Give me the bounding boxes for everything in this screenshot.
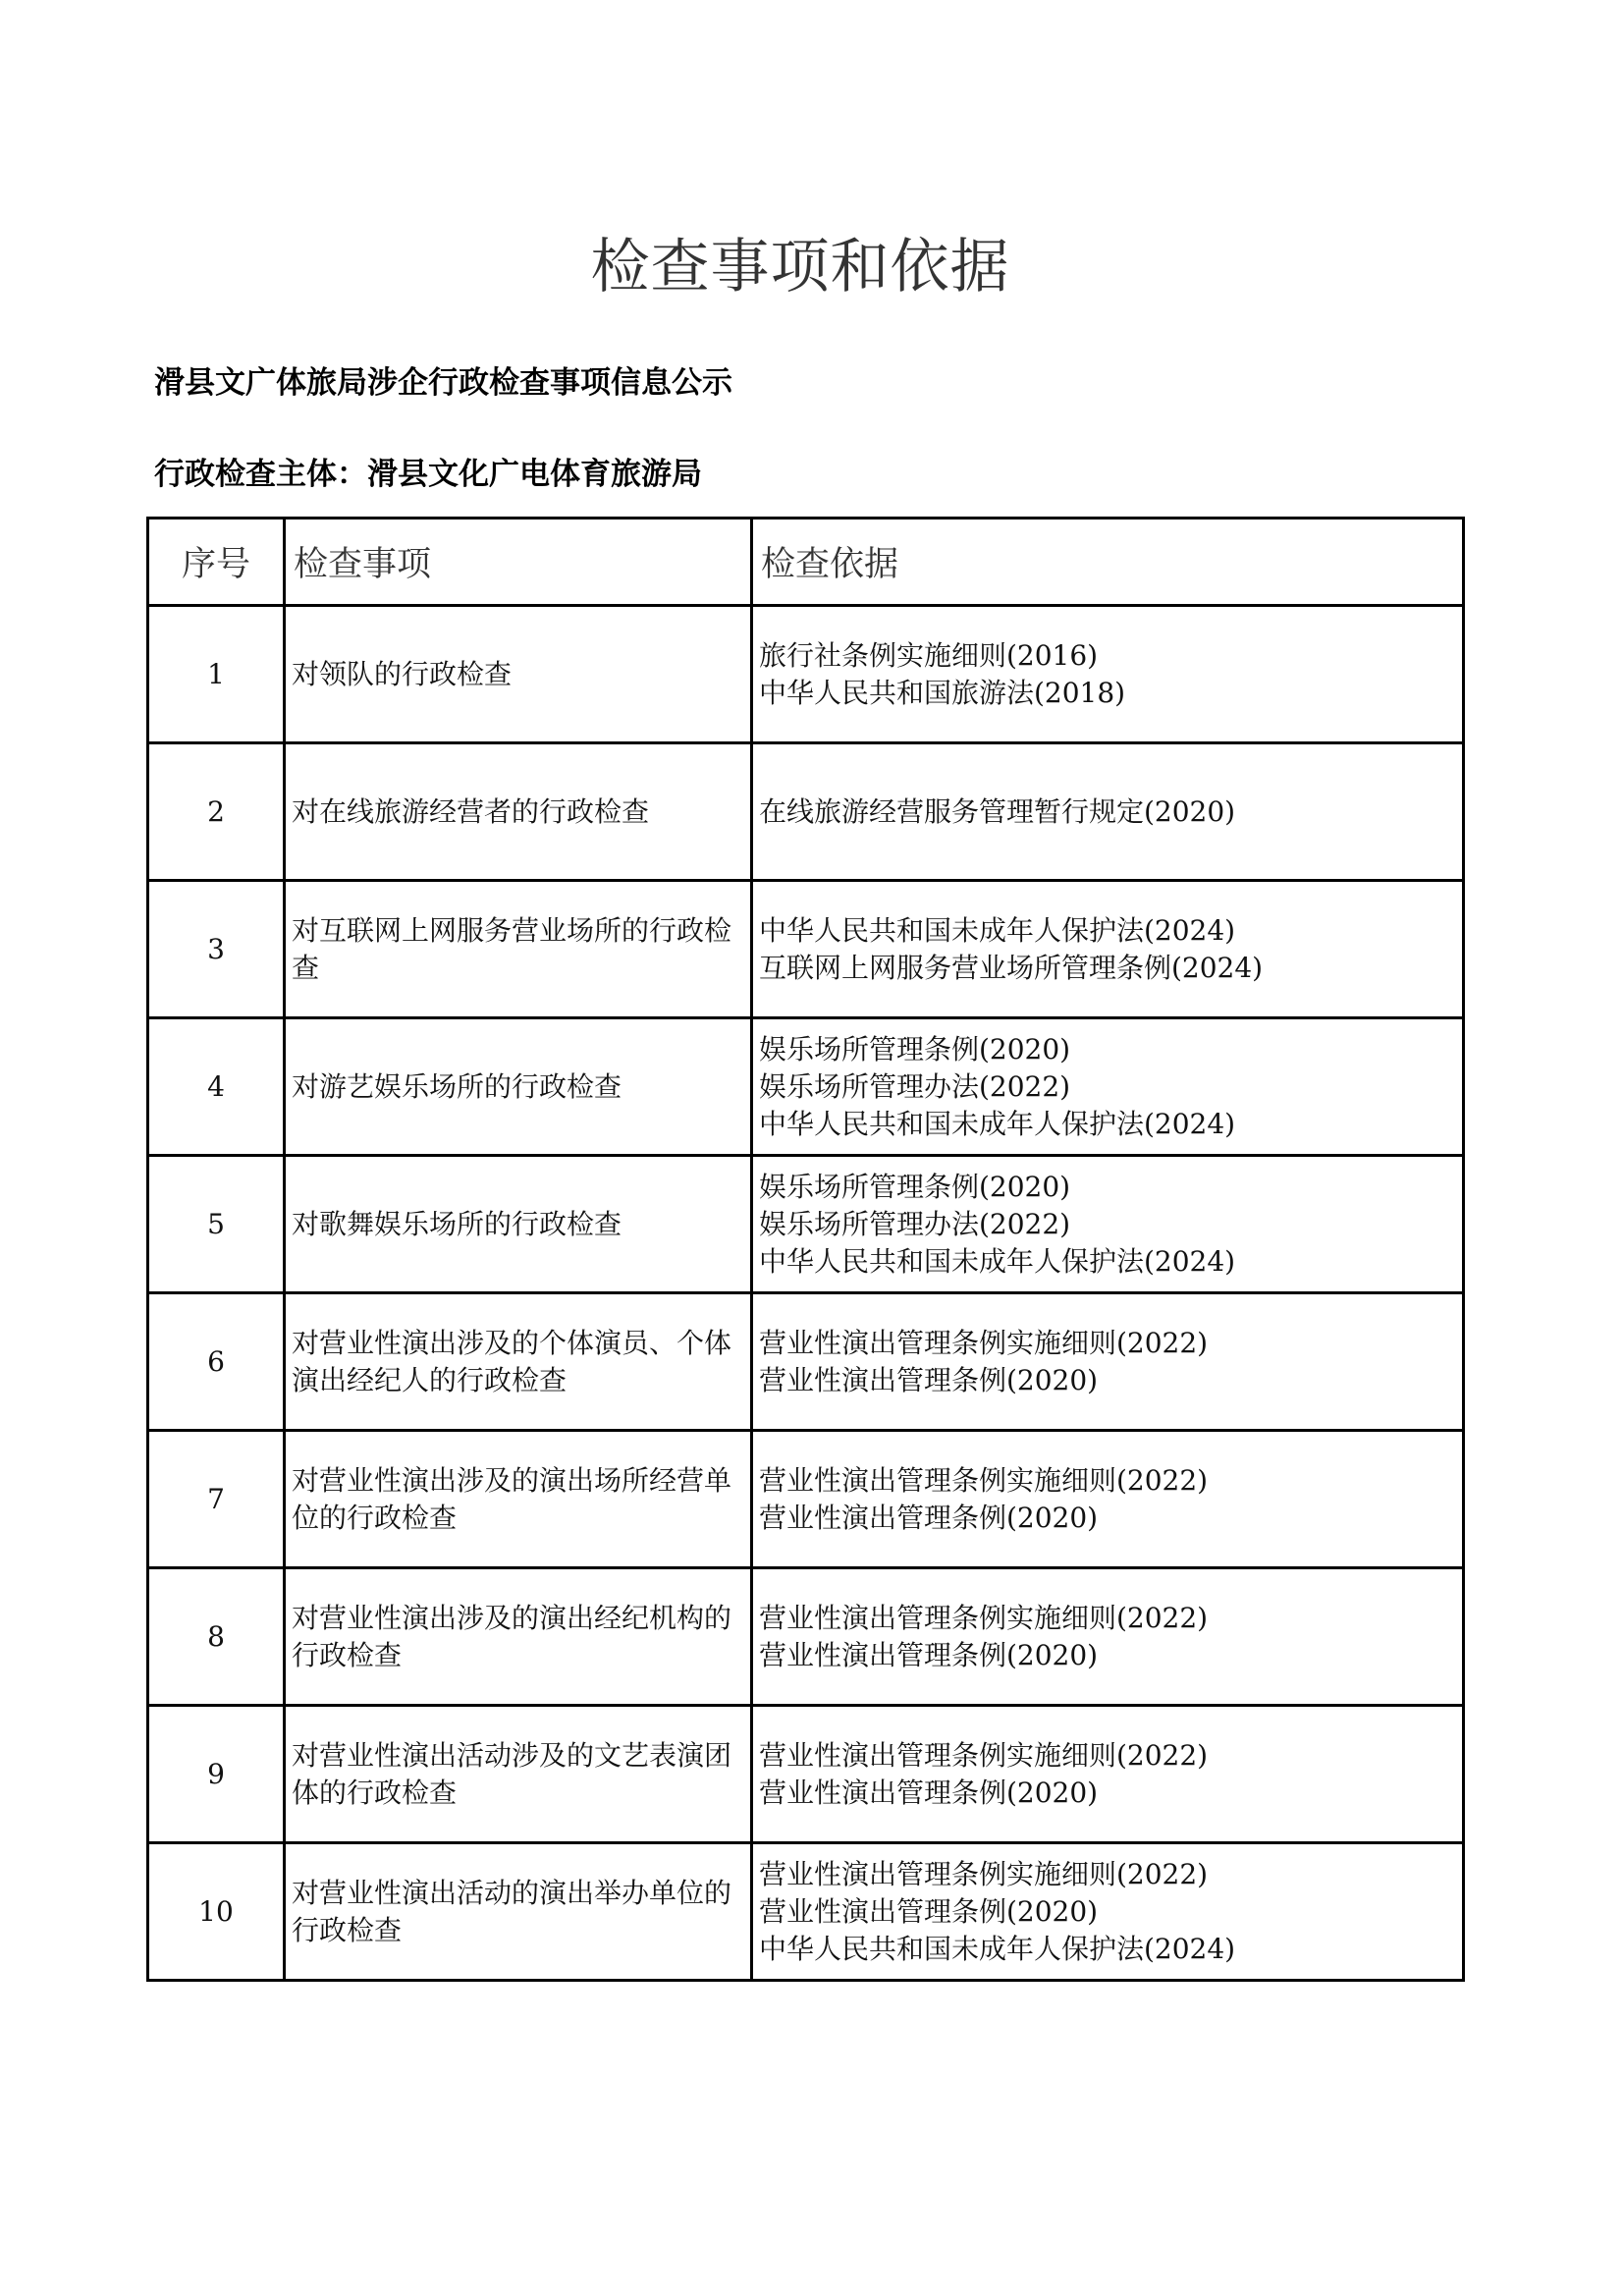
basis-line: 营业性演出管理条例实施细则(2022) xyxy=(759,1856,1462,1893)
basis-line: 营业性演出管理条例(2020) xyxy=(759,1893,1462,1931)
row-item: 对营业性演出涉及的个体演员、个体演出经纪人的行政检查 xyxy=(285,1293,752,1431)
basis-line: 旅行社条例实施细则(2016) xyxy=(759,637,1462,675)
inspection-items-table: 序号 检查事项 检查依据 1 对领队的行政检查 旅行社条例实施细则(2016) … xyxy=(146,517,1465,1982)
basis-line: 娱乐场所管理办法(2022) xyxy=(759,1068,1462,1106)
row-seq: 9 xyxy=(148,1706,285,1843)
row-basis: 在线旅游经营服务管理暂行规定(2020) xyxy=(752,743,1464,881)
table-row: 4 对游艺娱乐场所的行政检查 娱乐场所管理条例(2020) 娱乐场所管理办法(2… xyxy=(148,1018,1464,1156)
basis-line: 娱乐场所管理办法(2022) xyxy=(759,1206,1462,1243)
row-item: 对营业性演出涉及的演出场所经营单位的行政检查 xyxy=(285,1431,752,1568)
notice-heading: 滑县文广体旅局涉企行政检查事项信息公示 xyxy=(154,363,732,403)
inspection-subject: 行政检查主体：滑县文化广电体育旅游局 xyxy=(154,455,702,494)
table-row: 2 对在线旅游经营者的行政检查 在线旅游经营服务管理暂行规定(2020) xyxy=(148,743,1464,881)
table-row: 3 对互联网上网服务营业场所的行政检查 中华人民共和国未成年人保护法(2024)… xyxy=(148,881,1464,1018)
row-seq: 2 xyxy=(148,743,285,881)
header-seq: 序号 xyxy=(148,519,285,606)
table-row: 9 对营业性演出活动涉及的文艺表演团体的行政检查 营业性演出管理条例实施细则(2… xyxy=(148,1706,1464,1843)
basis-line: 中华人民共和国未成年人保护法(2024) xyxy=(759,912,1462,950)
basis-line: 营业性演出管理条例(2020) xyxy=(759,1637,1462,1674)
table-row: 8 对营业性演出涉及的演出经纪机构的行政检查 营业性演出管理条例实施细则(202… xyxy=(148,1568,1464,1706)
table-row: 1 对领队的行政检查 旅行社条例实施细则(2016) 中华人民共和国旅游法(20… xyxy=(148,606,1464,743)
header-item: 检查事项 xyxy=(285,519,752,606)
basis-line: 中华人民共和国未成年人保护法(2024) xyxy=(759,1243,1462,1281)
document-title: 检查事项和依据 xyxy=(0,228,1600,306)
row-item: 对游艺娱乐场所的行政检查 xyxy=(285,1018,752,1156)
row-seq: 5 xyxy=(148,1156,285,1293)
row-seq: 7 xyxy=(148,1431,285,1568)
row-item: 对歌舞娱乐场所的行政检查 xyxy=(285,1156,752,1293)
row-seq: 4 xyxy=(148,1018,285,1156)
row-seq: 8 xyxy=(148,1568,285,1706)
basis-line: 营业性演出管理条例(2020) xyxy=(759,1500,1462,1537)
basis-line: 中华人民共和国未成年人保护法(2024) xyxy=(759,1931,1462,1968)
row-basis: 营业性演出管理条例实施细则(2022) 营业性演出管理条例(2020) xyxy=(752,1706,1464,1843)
row-seq: 3 xyxy=(148,881,285,1018)
row-basis: 中华人民共和国未成年人保护法(2024) 互联网上网服务营业场所管理条例(202… xyxy=(752,881,1464,1018)
basis-line: 营业性演出管理条例实施细则(2022) xyxy=(759,1737,1462,1775)
row-item: 对营业性演出活动涉及的文艺表演团体的行政检查 xyxy=(285,1706,752,1843)
basis-line: 营业性演出管理条例(2020) xyxy=(759,1362,1462,1399)
row-basis: 娱乐场所管理条例(2020) 娱乐场所管理办法(2022) 中华人民共和国未成年… xyxy=(752,1156,1464,1293)
table-row: 6 对营业性演出涉及的个体演员、个体演出经纪人的行政检查 营业性演出管理条例实施… xyxy=(148,1293,1464,1431)
row-item: 对互联网上网服务营业场所的行政检查 xyxy=(285,881,752,1018)
basis-line: 营业性演出管理条例实施细则(2022) xyxy=(759,1600,1462,1637)
row-seq: 6 xyxy=(148,1293,285,1431)
basis-line: 在线旅游经营服务管理暂行规定(2020) xyxy=(759,793,1462,831)
row-item: 对在线旅游经营者的行政检查 xyxy=(285,743,752,881)
basis-line: 娱乐场所管理条例(2020) xyxy=(759,1031,1462,1068)
table-row: 10 对营业性演出活动的演出举办单位的行政检查 营业性演出管理条例实施细则(20… xyxy=(148,1843,1464,1981)
row-item: 对领队的行政检查 xyxy=(285,606,752,743)
row-basis: 营业性演出管理条例实施细则(2022) 营业性演出管理条例(2020) xyxy=(752,1431,1464,1568)
basis-line: 中华人民共和国旅游法(2018) xyxy=(759,675,1462,712)
basis-line: 营业性演出管理条例实施细则(2022) xyxy=(759,1462,1462,1500)
row-item: 对营业性演出活动的演出举办单位的行政检查 xyxy=(285,1843,752,1981)
row-seq: 1 xyxy=(148,606,285,743)
table-row: 5 对歌舞娱乐场所的行政检查 娱乐场所管理条例(2020) 娱乐场所管理办法(2… xyxy=(148,1156,1464,1293)
row-basis: 营业性演出管理条例实施细则(2022) 营业性演出管理条例(2020) xyxy=(752,1293,1464,1431)
basis-line: 娱乐场所管理条例(2020) xyxy=(759,1169,1462,1206)
row-basis: 营业性演出管理条例实施细则(2022) 营业性演出管理条例(2020) 中华人民… xyxy=(752,1843,1464,1981)
basis-line: 营业性演出管理条例实施细则(2022) xyxy=(759,1325,1462,1362)
row-basis: 旅行社条例实施细则(2016) 中华人民共和国旅游法(2018) xyxy=(752,606,1464,743)
table-header-row: 序号 检查事项 检查依据 xyxy=(148,519,1464,606)
table-row: 7 对营业性演出涉及的演出场所经营单位的行政检查 营业性演出管理条例实施细则(2… xyxy=(148,1431,1464,1568)
basis-line: 互联网上网服务营业场所管理条例(2024) xyxy=(759,950,1462,987)
basis-line: 营业性演出管理条例(2020) xyxy=(759,1775,1462,1812)
row-basis: 营业性演出管理条例实施细则(2022) 营业性演出管理条例(2020) xyxy=(752,1568,1464,1706)
header-basis: 检查依据 xyxy=(752,519,1464,606)
basis-line: 中华人民共和国未成年人保护法(2024) xyxy=(759,1106,1462,1143)
row-item: 对营业性演出涉及的演出经纪机构的行政检查 xyxy=(285,1568,752,1706)
row-basis: 娱乐场所管理条例(2020) 娱乐场所管理办法(2022) 中华人民共和国未成年… xyxy=(752,1018,1464,1156)
row-seq: 10 xyxy=(148,1843,285,1981)
